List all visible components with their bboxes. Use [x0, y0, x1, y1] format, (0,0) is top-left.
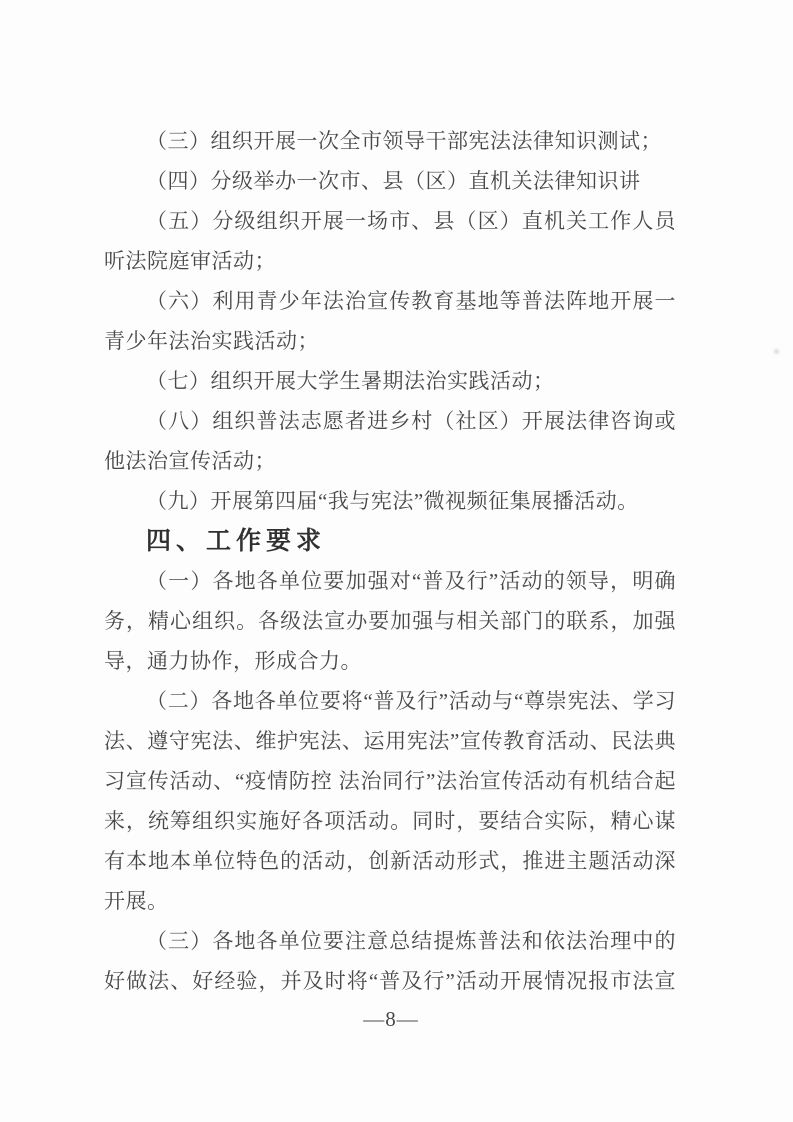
- body-line: （三）组织开展一次全市领导干部宪法法律知识测试；: [104, 121, 676, 161]
- body-line: （八）组织普法志愿者进乡村（社区）开展法律咨询或其: [104, 401, 676, 441]
- body-line: 来，统筹组织实施好各项活动。同时，要结合实际，精心谋划: [104, 801, 676, 841]
- body-line: （三）各地各单位要注意总结提炼普法和依法治理中的: [104, 921, 676, 961]
- body-line: 听法院庭审活动；: [104, 241, 676, 281]
- body-line: 青少年法治实践活动；: [104, 321, 676, 361]
- body-line: 好做法、好经验，并及时将“普及行”活动开展情况报市法宣: [104, 961, 676, 1001]
- section-heading: 四、工作要求: [104, 521, 676, 561]
- body-line: （二）各地各单位要将“普及行”活动与“尊崇宪法、学习宪: [104, 681, 676, 721]
- document-page: （三）组织开展一次全市领导干部宪法法律知识测试；（四）分级举办一次市、县（区）直…: [0, 0, 793, 1122]
- body-line: （七）组织开展大学生暑期法治实践活动；: [104, 361, 676, 401]
- body-line: 法、遵守宪法、维护宪法、运用宪法”宣传教育活动、民法典学: [104, 721, 676, 761]
- page-number: —8—: [0, 1004, 782, 1034]
- body-line: 有本地本单位特色的活动，创新活动形式，推进主题活动深入: [104, 841, 676, 881]
- body-line: 务，精心组织。各级法宣办要加强与相关部门的联系，加强指: [104, 601, 676, 641]
- body-line: 开展。: [104, 881, 676, 921]
- scan-artifact-speck: [774, 349, 779, 354]
- body-line: （一）各地各单位要加强对“普及行”活动的领导，明确任: [104, 561, 676, 601]
- body-line: 导，通力协作，形成合力。: [104, 641, 676, 681]
- body-line: （五）分级组织开展一场市、县（区）直机关工作人员旁: [104, 201, 676, 241]
- body-line: （六）利用青少年法治宣传教育基地等普法阵地开展一次: [104, 281, 676, 321]
- body-line: 他法治宣传活动；: [104, 441, 676, 481]
- body-line: 习宣传活动、“疫情防控 法治同行”法治宣传活动有机结合起: [104, 761, 676, 801]
- body-line: （九）开展第四届“我与宪法”微视频征集展播活动。: [104, 481, 676, 521]
- document-body: （三）组织开展一次全市领导干部宪法法律知识测试；（四）分级举办一次市、县（区）直…: [104, 121, 676, 1001]
- body-line: （四）分级举办一次市、县（区）直机关法律知识讲座；: [104, 161, 676, 201]
